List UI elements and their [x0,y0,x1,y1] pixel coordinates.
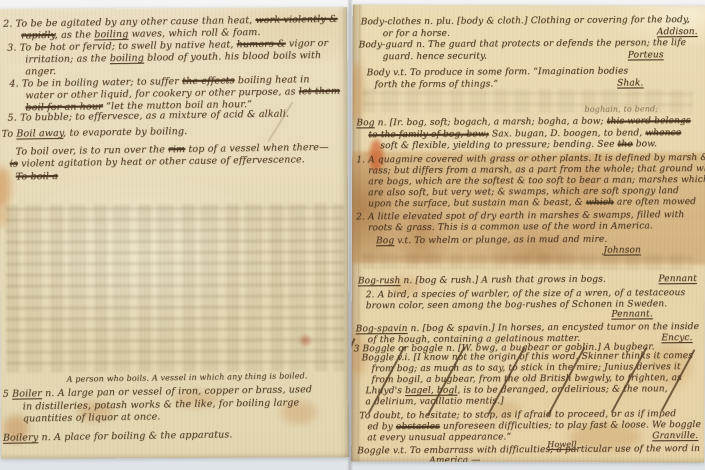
headword: Boilery [3,432,39,444]
underlined-word: bagel, bogl [405,386,457,396]
struck-text: To boil a [16,171,58,183]
struck-text: to the family of bog, bow; [368,129,489,140]
underlined-word: boiling [110,53,144,65]
citation: Pennant [658,274,696,284]
interlinear-note: boghain, to bend; [584,104,658,114]
headword: Boiler [12,388,42,399]
entry-text: soft & flexible, yielding to pressure; b… [380,140,617,152]
entry-text: bow. [633,139,657,149]
struck-text: the effects [182,75,235,87]
entry-text: boiling heat in [235,74,310,86]
entry-text: Body v.t. To produce in some form. “Imag… [367,66,629,78]
struck-text: the [618,139,633,149]
entry-text: Body-clothes n. plu. [body & cloth.] Clo… [361,15,690,27]
entry-text: , to evaporate by boiling. [63,126,187,139]
struck-text: humors & [237,39,286,51]
entry-text: America — [429,455,480,462]
entry-text: anger. [25,66,56,77]
manuscript-line: Body v.t. To produce in some form. “Imag… [353,66,705,78]
entry-text: upon the surface, but sustain man & beas… [368,198,586,210]
underlined-word: boiling [94,29,128,41]
entry-text: Sax. bugan, D. boogen, to bend, [489,128,646,139]
entry-text: A person who boils. A vessel in which an… [67,371,308,384]
manuscript-line: To Boil away, to evaporate by boiling. [0,124,348,140]
citation: Shak. [617,78,643,88]
manuscript-line: America — [351,454,704,463]
entry-text: , as the [55,29,95,41]
entry-text: n. [Ir. bog, soft; bogach, a marsh; bogh… [375,117,607,129]
manuscript-page-right: Body-clothes n. plu. [body & cloth.] Clo… [351,4,705,462]
struck-text: rapidly [21,30,55,41]
citation: Porteus [628,50,664,60]
entry-text: To boil over, is to run over the [16,144,169,157]
entry-text: guard. hence security. [383,51,488,62]
entry-text: irritation; as the [25,53,110,65]
headword: Bog-rush [358,276,401,286]
manuscript-page-left: 2. To be be agitated by any other cause … [0,7,349,459]
entry-text: a delirium, vacillatio mentis.] [365,396,503,407]
struck-text: rim [168,144,185,155]
page-seam [347,0,353,470]
entry-text: quantities of liquor at once. [23,411,161,424]
headword: Boil away [16,128,63,140]
manuscript-line: Bog n. [Ir. bog, soft; bogach, a marsh; … [352,116,705,128]
entry-text: are often mowed [614,197,696,208]
struck-text: this word belongs [607,116,691,127]
entry-text: Lhuyd's [365,386,405,396]
manuscript-line: Body-guard n. The guard that protects or… [353,38,705,50]
manuscript-line: Body-clothes n. plu. [body & cloth.] Clo… [353,15,705,27]
manuscript-line: soft & flexible, yielding to pressure; b… [352,139,705,151]
entry-text: vigor or [286,38,329,50]
manuscript-line: To boil a [0,167,348,183]
manuscript-line: boghain, to bend; [352,104,705,116]
manuscript-line: a delirium, vacillatio mentis.] [351,395,704,407]
citation: Pennant. [611,309,652,319]
entry-text: waves, which roll & foam. [128,27,260,40]
entry-text: forth the forms of things.” [374,79,498,90]
entry-text: n. A place for boiling & the apparatus. [38,429,232,443]
entry-text: n. [bog & spavin.] In horses, an encyste… [407,322,699,334]
struck-text: which [586,198,614,208]
manuscript-line: Bog-rush n. [bog & rush.] A rush that gr… [352,274,705,286]
entry-text: To [1,129,16,140]
manuscript-photo: 2. To be be agitated by any other cause … [0,0,705,470]
struck-text: obstacles [396,422,440,432]
headword: Bog-spavin [356,324,408,334]
struck-text: work violently & [255,14,337,26]
manuscript-line: guard. hence security.Porteus [353,50,705,62]
bleedthrough-text [362,252,692,269]
entry-text: , is to be deranged, or delirious; & the… [457,384,667,395]
entry-text: ed by [367,422,396,432]
entry-text: v.t. To whelm or plunge, as in mud and m… [394,235,607,246]
entry-text: or for a horse. [383,29,450,39]
citation: Johnson [603,245,641,255]
citation: Addison. [657,27,698,37]
entry-text: top of a vessel when there— [185,142,329,155]
bleedthrough-text [6,203,345,372]
headword: Bog [376,236,394,246]
entry-text: roots & grass. This is a common use of t… [368,221,653,233]
entry-text: n. [bog & rush.] A rush that grows in bo… [400,275,606,286]
entry-text: unforeseen difficulties; to play fast & … [440,420,701,432]
struck-text: let them [299,86,340,98]
manuscript-line: Boilery n. A place for boiling & the app… [1,428,349,444]
entry-text: Body-guard n. The guard that protects or… [359,38,686,50]
struck-text: whence [645,128,681,138]
headword: Bog [356,118,374,128]
